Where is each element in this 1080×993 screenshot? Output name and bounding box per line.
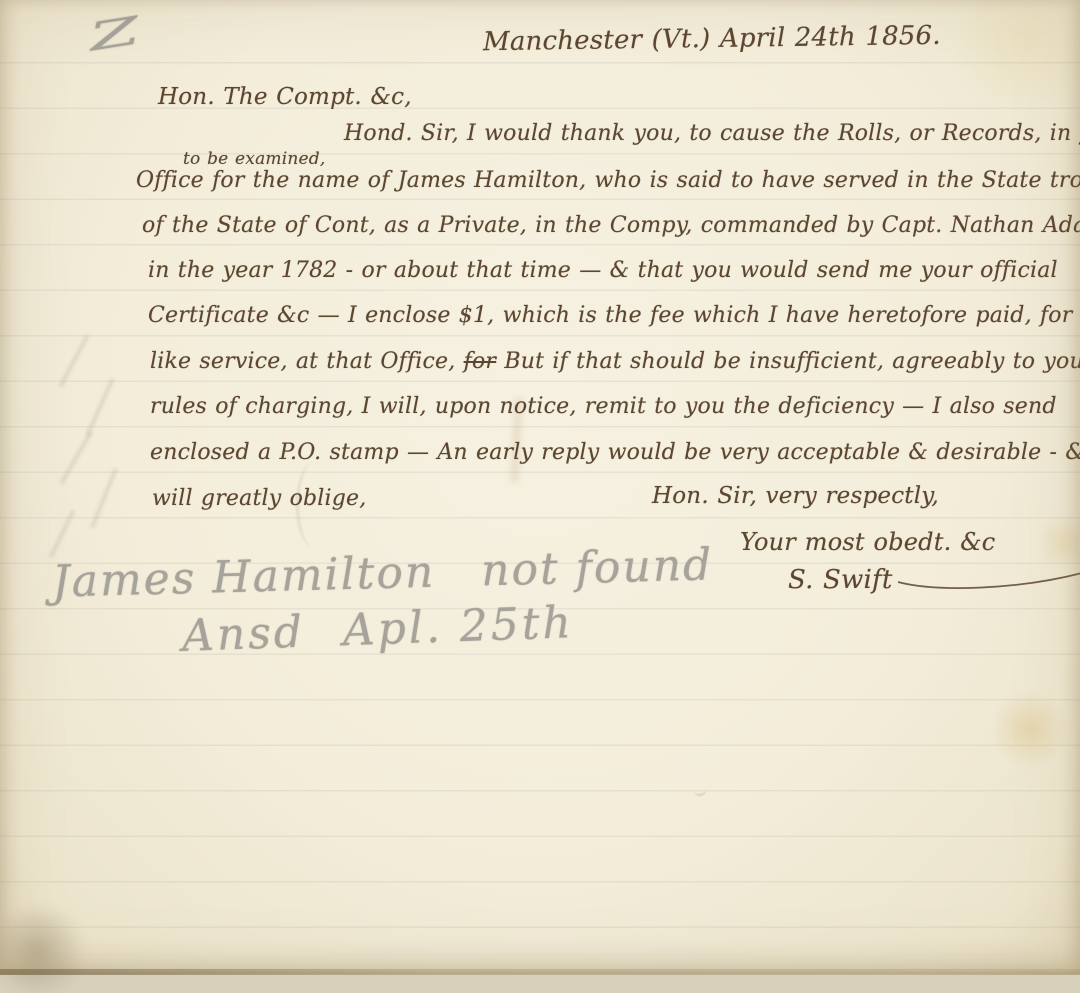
body-line-7: rules of charging, I will, upon notice, …: [150, 394, 1057, 419]
salutation: Hon. The Compt. &c,: [158, 84, 412, 110]
bleedthrough-mark: [86, 378, 115, 436]
body-line-6-pre: like service, at that Office,: [150, 349, 464, 374]
body-line-9: will greatly oblige,: [152, 486, 366, 511]
body-line-8: enclosed a P.O. stamp — An early reply w…: [150, 440, 1080, 465]
body-line-6: like service, at that Office, for But if…: [150, 349, 1080, 374]
pencil-note-line-1: James Hamilton not found: [51, 539, 713, 607]
signature-flourish: [896, 568, 1080, 594]
body-line-6-post: But if that should be insufficient, agre…: [496, 349, 1080, 374]
stain-bottom-left: [0, 909, 92, 975]
closing-obedient: Your most obedt. &c: [740, 528, 995, 556]
body-line-4: in the year 1782 - or about that time — …: [148, 258, 1058, 283]
pencil-note-name: James Hamilton: [51, 547, 435, 608]
stain-right-middle: [994, 688, 1066, 770]
pencil-note-line-2: Ansd Apl. 25th: [181, 597, 574, 662]
body-line-5: Certificate &c — I enclose $1, which is …: [148, 303, 1080, 328]
letter-page: Z Manchester (Vt.) April 24th 1856. Hon.…: [0, 0, 1080, 975]
body-line-1: Hond. Sir, I would thank you, to cause t…: [344, 121, 1080, 146]
pencil-corner-mark: Z: [86, 8, 142, 59]
bleedthrough-mark: [59, 334, 90, 387]
body-line-3: of the State of Cont, as a Private, in t…: [142, 213, 1080, 238]
bleedthrough-mark: [90, 468, 118, 529]
pencil-note-date: Apl. 25th: [342, 597, 575, 656]
interline-insertion: to be examined,: [183, 149, 325, 169]
page-bottom-edge: [0, 969, 1080, 975]
dateline: Manchester (Vt.) April 24th 1856.: [483, 21, 941, 57]
body-line-2: Office for the name of James Hamilton, w…: [136, 168, 1080, 193]
ink-speck: [693, 785, 707, 797]
struck-word: for: [464, 349, 497, 374]
pencil-note-answered: Ansd: [181, 607, 306, 662]
closing-respect: Hon. Sir, very respectly,: [652, 483, 939, 509]
bleedthrough-mark: [49, 510, 75, 558]
pencil-note-result: not found: [480, 539, 713, 596]
bleedthrough-mark: [59, 431, 92, 485]
signature: S. Swift: [788, 565, 1080, 595]
stain-top-right: [944, 0, 1080, 106]
signature-text: S. Swift: [788, 565, 892, 595]
